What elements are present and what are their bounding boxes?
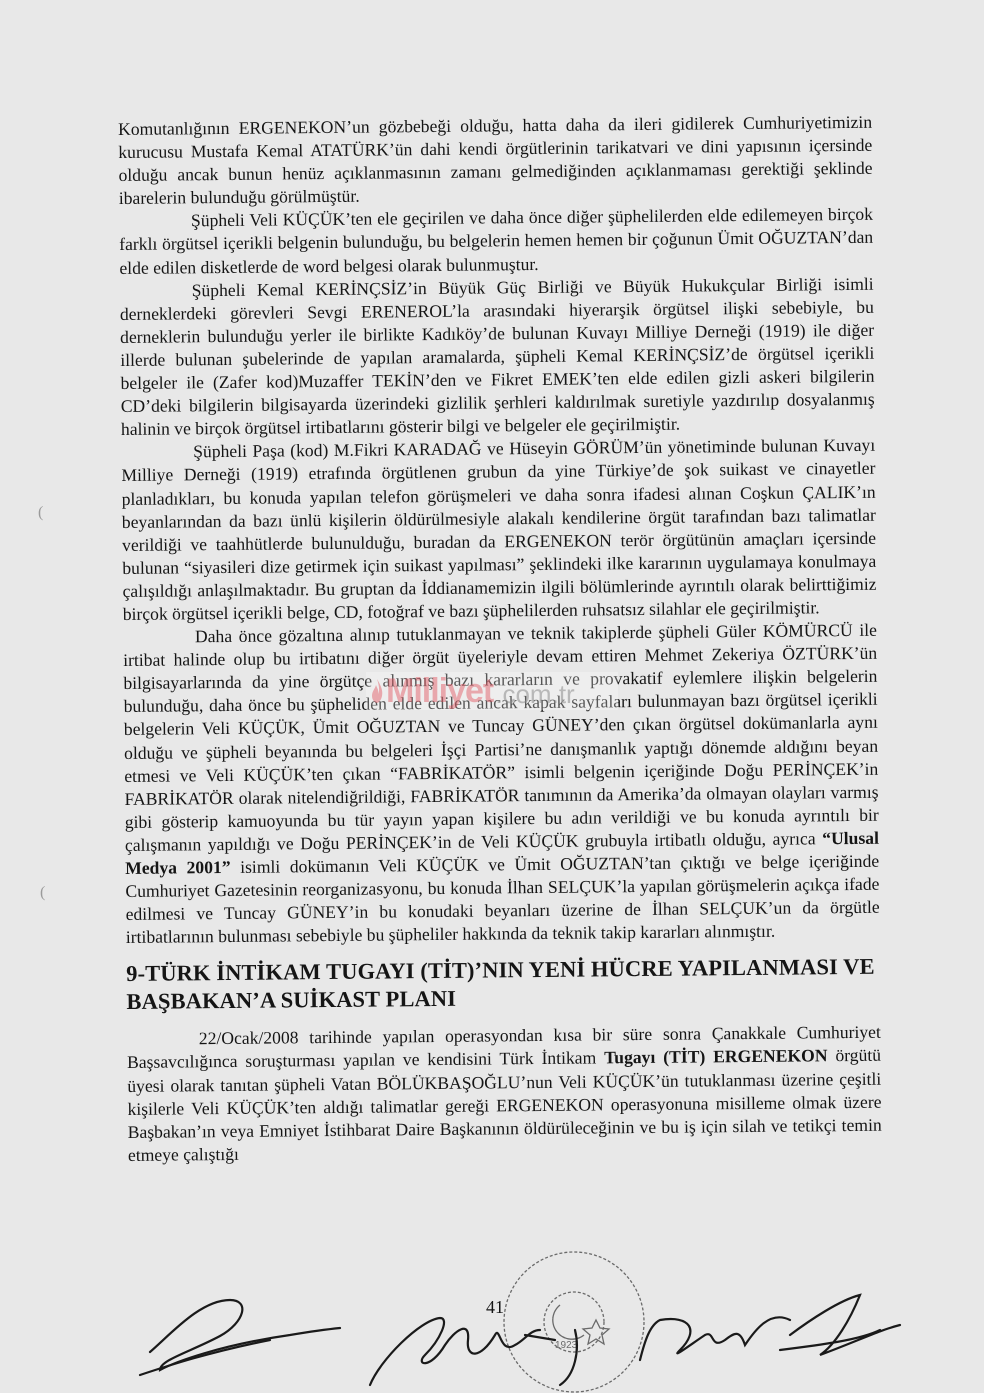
section-heading: 9-TÜRK İNTİKAM TUGAYI (TİT)’NIN YENİ HÜC…: [126, 953, 881, 1016]
svg-text:1923: 1923: [555, 1340, 578, 1351]
tit-ergenekon-bold: Tugayı (TİT) ERGENEKON: [604, 1046, 828, 1068]
paragraph-kerincsiz: Şüpheli Kemal KERİNÇSİZ’in Büyük Güç Bir…: [120, 272, 876, 441]
margin-mark: (: [40, 884, 45, 902]
signature-middle-icon: [370, 1318, 577, 1385]
page-number: 41: [486, 1297, 504, 1318]
official-stamp-icon: 1923: [504, 1252, 644, 1392]
signature-right-icon: [640, 1295, 900, 1360]
paragraph-continuation: Komutanlığının ERGENEKON’un gözbebeği ol…: [118, 111, 873, 211]
paragraph-ozturk-text-1: Daha önce gözaltına alınıp tutuklanmayan…: [123, 620, 879, 855]
paragraph-ozturk: Daha önce gözaltına alınıp tutuklanmayan…: [123, 619, 880, 950]
document-page: Komutanlığının ERGENEKON’un gözbebeği ol…: [118, 111, 882, 1167]
paragraph-karadag: Şüpheli Paşa (kod) M.Fikri KARADAĞ ve Hü…: [121, 434, 877, 626]
signature-left-icon: [140, 1300, 340, 1375]
paragraph-tit: 22/Ocak/2008 tarihinde yapılan operasyon…: [127, 1021, 882, 1167]
paragraph-ozturk-text-2: isimli dokümanın Veli KÜÇÜK ve Ümit OĞUZ…: [125, 851, 879, 948]
paragraph-veli-kucuk: Şüpheli Veli KÜÇÜK’ten ele geçirilen ve …: [119, 203, 874, 280]
margin-mark: (: [38, 504, 43, 522]
